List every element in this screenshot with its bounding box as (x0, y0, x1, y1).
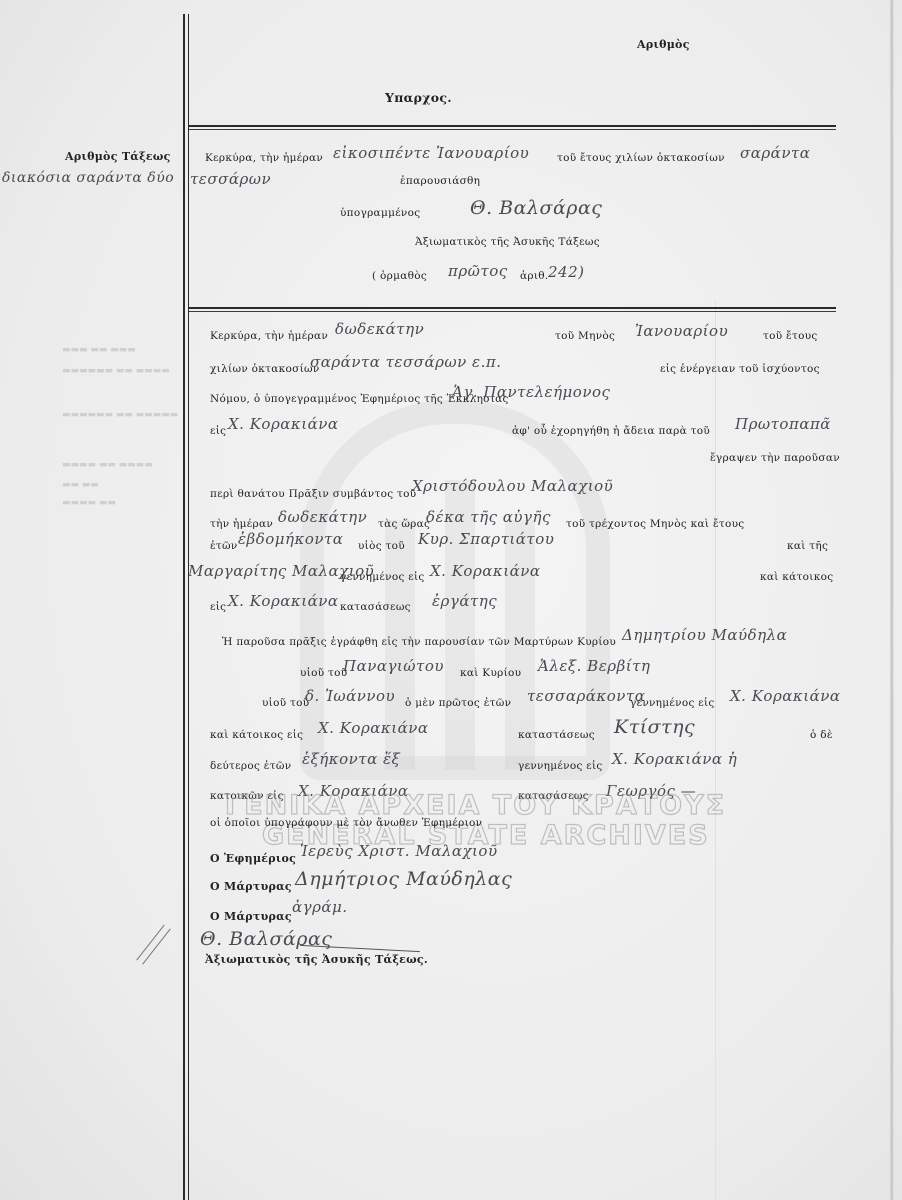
header-top-rule (189, 125, 836, 130)
act-handwritten: Κτίστης (614, 716, 695, 738)
act-text: τὴν ἡμέραν (210, 518, 273, 530)
margin-pencil-mark (136, 924, 164, 960)
act-handwritten: δ. Ἰωάννου (305, 687, 395, 705)
act-text: Κερκύρα, τὴν ἡμέραν (210, 330, 328, 342)
act-text: υἱοῦ τοῦ (300, 667, 347, 679)
act-text: τοῦ ἔτους (763, 330, 818, 342)
header-handwritten-number: 242) (548, 263, 584, 281)
act-text: ἀφ' οὗ ἐχορηγήθη ἡ ἄδεια παρὰ τοῦ (512, 425, 710, 437)
act-text: οἱ ὁποῖοι ὑπογράφουν μὲ τὸν ἄνωθεν Ἐφημέ… (210, 817, 482, 829)
act-text: καὶ Κυρίου (460, 667, 521, 679)
act-text: καὶ κάτοικος εἰς (210, 729, 303, 741)
act-text: τὰς ὥρας (378, 518, 430, 530)
act-text: καὶ κάτοικος (760, 571, 833, 583)
act-text: εἰς (210, 601, 226, 613)
header-handwritten-officer: Θ. Βαλσάρας (470, 197, 602, 219)
act-handwritten-deceased: Χριστόδουλου Μαλαχιοῦ (412, 477, 613, 495)
header-handwritten-year: σαράντα (740, 144, 810, 162)
act-text: κατασάσεως (340, 601, 411, 613)
act-handwritten: Χ. Κορακιάνα (730, 687, 841, 705)
header-text: Κερκύρα, τὴν ἡμέραν (205, 152, 323, 164)
act-text: υἱὸς τοῦ (358, 540, 405, 552)
header-handwritten-year-cont: τεσσάρων (190, 170, 271, 188)
order-number-label: Αριθμὸς Τάξεως (65, 150, 171, 163)
act-handwritten: Χ. Κορακιάνα (318, 719, 429, 737)
act-text: χιλίων ὀκτακοσίων (210, 363, 320, 375)
header-text: ἀριθ. (520, 270, 549, 282)
act-text: γεννημένος εἰς (518, 760, 603, 772)
act-text: ὁ μὲν πρῶτος ἐτῶν (405, 697, 511, 709)
bleed-through-text: ▬▬▬ ▬▬ ▬▬▬ (62, 345, 136, 355)
act-text: εἰς ἐνέργειαν τοῦ ἰσχύοντος (660, 363, 820, 375)
page-fold-edge (890, 0, 894, 1200)
act-handwritten: σαράντα τεσσάρων ε.π. (310, 353, 501, 371)
act-text: γεννημένος εἰς (630, 697, 715, 709)
act-handwritten-witness2: Ἀλεξ. Βερβίτη (538, 657, 650, 675)
act-handwritten: Ἰανουαρίου (635, 322, 728, 340)
act-handwritten: δέκα τῆς αὐγῆς (426, 508, 551, 526)
act-text: Ἡ παροῦσα πρᾶξις ἐγράφθη εἰς τὴν παρουσί… (222, 636, 616, 648)
officer-title: Ἀξιωματικὸς τῆς Ἀσυκῆς Τάξεως. (205, 953, 428, 966)
witness1-label: Ο Μάρτυρας (210, 880, 292, 893)
act-handwritten: Χ. Κορακιάνα (430, 562, 541, 580)
priest-signature: Ἱερεὺς Χριστ. Μαλαχιοῦ (300, 842, 498, 860)
act-text: καταστάσεως (518, 729, 595, 741)
bleed-through-text: ▬▬ ▬▬ (62, 480, 99, 490)
act-text: ἐτῶν (210, 540, 238, 552)
act-text: εἰς (210, 425, 226, 437)
act-handwritten: Παναγιώτου (343, 657, 444, 675)
act-handwritten: δωδεκάτην (278, 508, 367, 526)
priest-label: Ο Ἐφημέριος (210, 852, 296, 865)
header-text: ἐπαρουσιάσθη (400, 175, 480, 187)
header-text: ( ὁρμαθὸς (372, 270, 427, 282)
header-text: τοῦ ἔτους χιλίων ὀκτακοσίων (557, 152, 725, 164)
number-label: Αριθμὸς (637, 38, 690, 51)
act-handwritten: Χ. Κορακιάνα ἡ (612, 750, 737, 768)
act-text: υἱοῦ τοῦ (262, 697, 309, 709)
witness1-signature: Δημήτριος Μαύδηλας (295, 868, 512, 890)
act-text: δεύτερος ἐτῶν (210, 760, 291, 772)
act-handwritten: Πρωτοπαπᾶ (735, 415, 831, 433)
act-handwritten: Χ. Κορακιάνα (228, 592, 339, 610)
document-page: ▬▬▬ ▬▬ ▬▬▬ ▬▬▬▬▬▬ ▬▬ ▬▬▬▬ ▬▬▬▬▬▬ ▬▬ ▬▬▬▬… (0, 0, 902, 1200)
act-handwritten: ἐργάτης (432, 592, 497, 610)
act-text: ἔγραψεν τὴν παροῦσαν (710, 452, 840, 464)
act-handwritten: Χ. Κορακιάνα (228, 415, 339, 433)
order-number-value: διακόσια σαράντα δύο (2, 170, 174, 186)
officer-signature: Θ. Βαλσάρας (200, 928, 332, 950)
header-officer-title: Ἀξιωματικὸς τῆς Ἀσυκῆς Τάξεως (415, 236, 600, 248)
page-title: Υπαρχος. (385, 90, 452, 105)
bleed-through-text: ▬▬▬▬ ▬▬ (62, 498, 116, 508)
bleed-through-text: ▬▬▬▬ ▬▬ ▬▬▬▬ (62, 460, 153, 470)
act-handwritten: Ἁγ. Παντελεήμονος (452, 383, 610, 401)
act-text: τοῦ τρέχοντος Μηνὸς καὶ ἔτους (566, 518, 745, 530)
act-text: καὶ τῆς (787, 540, 828, 552)
act-handwritten: ἑβδομήκοντα (238, 530, 343, 548)
act-handwritten-witness1: Δημητρίου Μαύδηλα (622, 626, 787, 644)
bleed-through-text: ▬▬▬▬▬▬ ▬▬ ▬▬▬▬▬ (62, 410, 178, 420)
act-text: γεννημένος εἰς (340, 571, 425, 583)
act-text: τοῦ Μηνὸς (555, 330, 615, 342)
bleed-through-text: ▬▬▬▬▬▬ ▬▬ ▬▬▬▬ (62, 366, 170, 376)
witness2-signature: ἀγράμ. (292, 898, 348, 916)
header-handwritten-date: εἰκοσιπέντε Ἰανουαρίου (333, 144, 529, 162)
header-handwritten-bundle: πρῶτος (448, 262, 508, 280)
header-text: ὑπογραμμένος (340, 207, 420, 219)
act-text: ὁ δὲ (810, 729, 833, 741)
header-bottom-rule (189, 307, 836, 312)
witness2-label: Ο Μάρτυρας (210, 910, 292, 923)
act-handwritten: Κυρ. Σπαρτιάτου (418, 530, 554, 548)
act-text: περὶ θανάτου Πρᾶξιν συμβάντος τοῦ (210, 488, 416, 500)
act-handwritten: ἑξήκοντα ἕξ (302, 750, 400, 768)
act-handwritten: δωδεκάτην (335, 320, 424, 338)
left-margin-rule (183, 14, 189, 1200)
act-handwritten: τεσσαράκοντα (527, 687, 645, 705)
